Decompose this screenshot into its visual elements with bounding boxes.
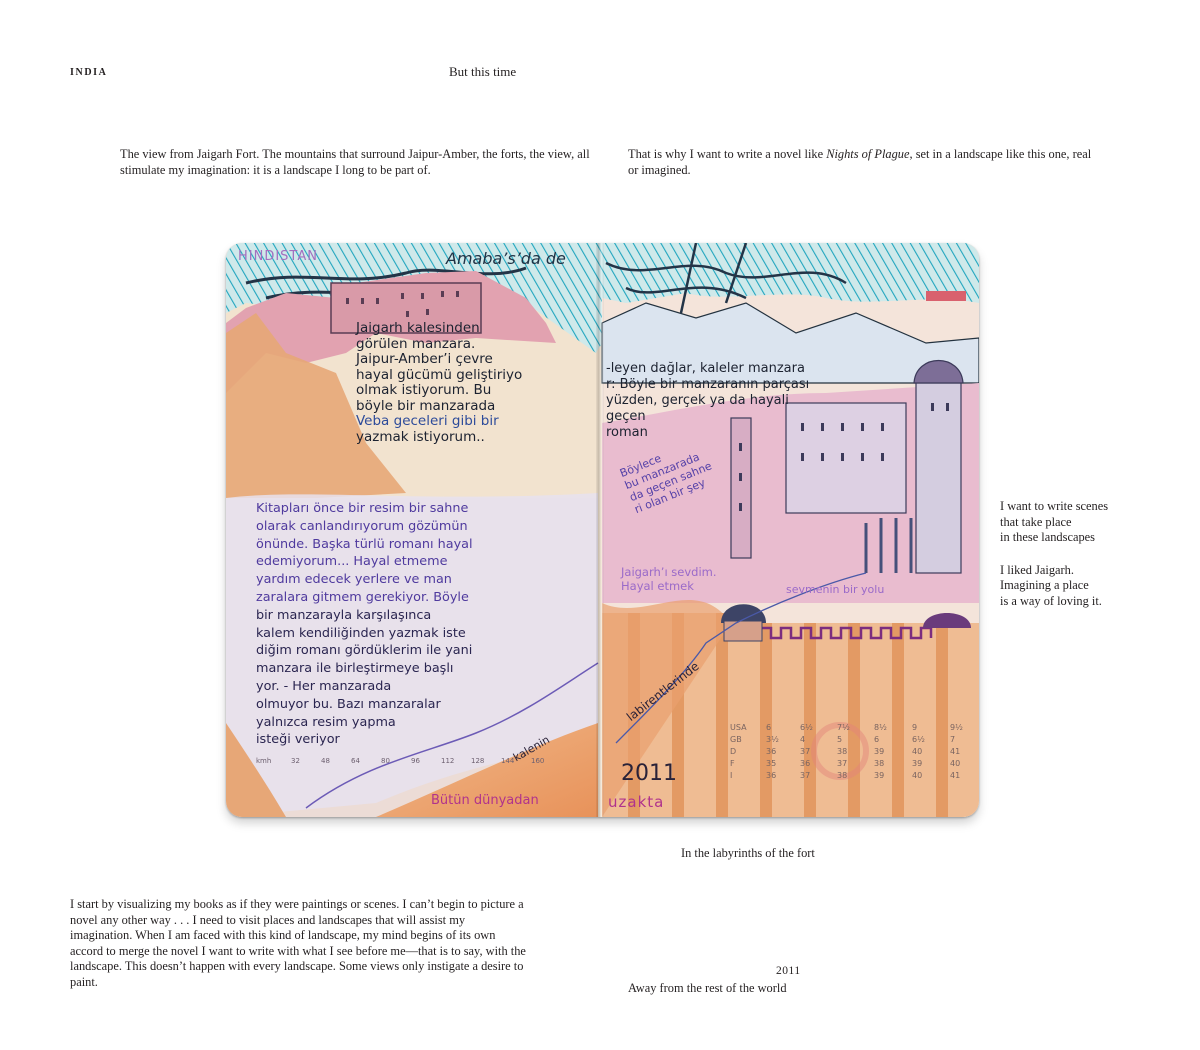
svg-text:6½: 6½ (800, 723, 813, 732)
handwriting-line: diğim romanı gördüklerim ile yani (256, 642, 596, 660)
handwriting-line: yor. - Her manzarada (256, 678, 596, 696)
bottom-right-scrawl: uzakta (608, 793, 664, 811)
svg-text:3½: 3½ (766, 735, 779, 744)
svg-text:40: 40 (912, 771, 922, 780)
sketchbook-illustration: USAGBDFI 66½7½8½99½ 3½4566½7 36373839404… (226, 243, 979, 817)
handwriting-line: zaralara gitmem gerekiyor. Böyle (256, 589, 596, 607)
svg-text:41: 41 (950, 771, 960, 780)
caption-top-right: That is why I want to write a novel like… (628, 147, 1098, 178)
svg-text:36: 36 (766, 747, 776, 756)
side-note-line: is a way of loving it. (1000, 594, 1102, 608)
handwriting-line: geçen (606, 409, 976, 425)
svg-text:4: 4 (800, 735, 805, 744)
svg-text:5: 5 (837, 735, 842, 744)
svg-text:112: 112 (441, 757, 454, 765)
svg-text:40: 40 (950, 759, 960, 768)
handwriting-line: kalem kendiliğinden yazmak iste (256, 625, 596, 643)
handwriting-line: Jaigarh’ı sevdim. (621, 565, 717, 579)
svg-text:36: 36 (800, 759, 810, 768)
handwriting-line: Veba geceleri gibi bir (356, 414, 601, 430)
svg-text:USA: USA (730, 723, 747, 732)
handwriting-line: görülen manzara. (356, 337, 601, 353)
handwriting-line: r: Böyle bir manzaranın parçası (606, 377, 976, 393)
handwriting-line: yazmak istiyorum.. (356, 430, 601, 446)
handwriting-line: olmuyor bu. Bazı manzaralar (256, 696, 596, 714)
side-note: I want to write scenes that take place i… (1000, 499, 1150, 626)
handwriting-line: yüzden, gerçek ya da hayali (606, 393, 976, 409)
caption-text: That is why I want to write a novel like (628, 147, 826, 161)
side-note-line: that take place (1000, 515, 1072, 529)
svg-text:38: 38 (874, 759, 884, 768)
date-stamp: 2011 (776, 965, 801, 977)
svg-text:6: 6 (874, 735, 879, 744)
svg-text:7: 7 (950, 735, 955, 744)
svg-text:9½: 9½ (950, 723, 963, 732)
svg-text:I: I (730, 771, 732, 780)
handwriting-line: Kitapları önce bir resim bir sahne (256, 500, 596, 518)
svg-text:32: 32 (291, 757, 300, 765)
handwriting-line: roman (606, 425, 976, 441)
top-scrawl: Amaba’s’da de (446, 249, 566, 268)
handwriting-line: manzara ile birleştirmeye başlı (256, 660, 596, 678)
svg-text:GB: GB (730, 735, 742, 744)
svg-text:35: 35 (766, 759, 776, 768)
svg-text:96: 96 (411, 757, 420, 765)
side-note-line: in these landscapes (1000, 530, 1095, 544)
body-paragraph: I start by visualizing my books as if th… (70, 897, 530, 990)
svg-text:37: 37 (800, 771, 810, 780)
svg-text:38: 38 (837, 747, 847, 756)
svg-text:37: 37 (837, 759, 847, 768)
handwriting-line: Hayal etmek (621, 579, 717, 593)
svg-text:D: D (730, 747, 736, 756)
handwriting-line: sevmenin bir yolu (786, 583, 884, 596)
side-note-2: I liked Jaigarh. Imagining a place is a … (1000, 563, 1150, 610)
svg-text:128: 128 (471, 757, 484, 765)
svg-text:6: 6 (766, 723, 771, 732)
handwriting-line: olarak canlandırıyorum gözümün (256, 518, 596, 536)
svg-text:39: 39 (912, 759, 922, 768)
book-title: Nights of Plague, (826, 147, 912, 161)
svg-text:F: F (730, 759, 735, 768)
svg-text:48: 48 (321, 757, 330, 765)
handwriting-line: Jaigarh kalesinden (356, 321, 601, 337)
handwriting-line: böyle bir manzarada (356, 399, 601, 415)
sketchbook-year: 2011 (621, 761, 677, 786)
running-head: India (70, 67, 107, 78)
date-caption: Away from the rest of the world (628, 981, 787, 997)
handwriting-line: yardım edecek yerlere ve man (256, 571, 596, 589)
svg-text:144: 144 (501, 757, 515, 765)
svg-text:160: 160 (531, 757, 544, 765)
handwriting-line: hayal gücümü geliştiriyo (356, 368, 601, 384)
svg-text:6½: 6½ (912, 735, 925, 744)
svg-text:7½: 7½ (837, 723, 850, 732)
section-title: But this time (449, 64, 516, 80)
handwriting-line: edemiyorum... Hayal etmeme (256, 553, 596, 571)
bottom-left-scrawl: Bütün dünyadan (431, 793, 539, 808)
handwriting-line: olmak istiyorum. Bu (356, 383, 601, 399)
side-note-line: I liked Jaigarh. (1000, 563, 1074, 577)
svg-text:8½: 8½ (874, 723, 887, 732)
svg-text:64: 64 (351, 757, 360, 765)
svg-text:38: 38 (837, 771, 847, 780)
side-note-line: Imagining a place (1000, 578, 1089, 592)
side-note-1: I want to write scenes that take place i… (1000, 499, 1150, 546)
fort-caption: In the labyrinths of the fort (681, 846, 815, 862)
svg-text:40: 40 (912, 747, 922, 756)
svg-text:36: 36 (766, 771, 776, 780)
handwriting-left-black: Jaigarh kalesinden görülen manzara. Jaip… (356, 321, 601, 445)
svg-text:37: 37 (800, 747, 810, 756)
svg-text:41: 41 (950, 747, 960, 756)
handwriting-line: bir manzarayla karşılaşınca (256, 607, 596, 625)
handwriting-left-purple: Kitapları önce bir resim bir sahne olara… (256, 500, 596, 749)
svg-text:39: 39 (874, 771, 884, 780)
notebook-label: HINDISTAN (238, 249, 318, 264)
side-note-line: I want to write scenes (1000, 499, 1108, 513)
handwriting-line: yalnızca resim yapma (256, 714, 596, 732)
caption-top-left: The view from Jaigarh Fort. The mountain… (120, 147, 610, 178)
handwriting-right-violet: Jaigarh’ı sevdim. Hayal etmek (621, 565, 717, 593)
handwriting-line: önünde. Başka türlü romanı hayal (256, 536, 596, 554)
handwriting-right-black: -leyen dağlar, kaleler manzara r: Böyle … (606, 361, 976, 441)
handwriting-line: Jaipur-Amber’i çevre (356, 352, 601, 368)
svg-text:39: 39 (874, 747, 884, 756)
svg-text:kmh: kmh (256, 757, 271, 765)
svg-text:9: 9 (912, 723, 917, 732)
handwriting-line: -leyen dağlar, kaleler manzara (606, 361, 976, 377)
